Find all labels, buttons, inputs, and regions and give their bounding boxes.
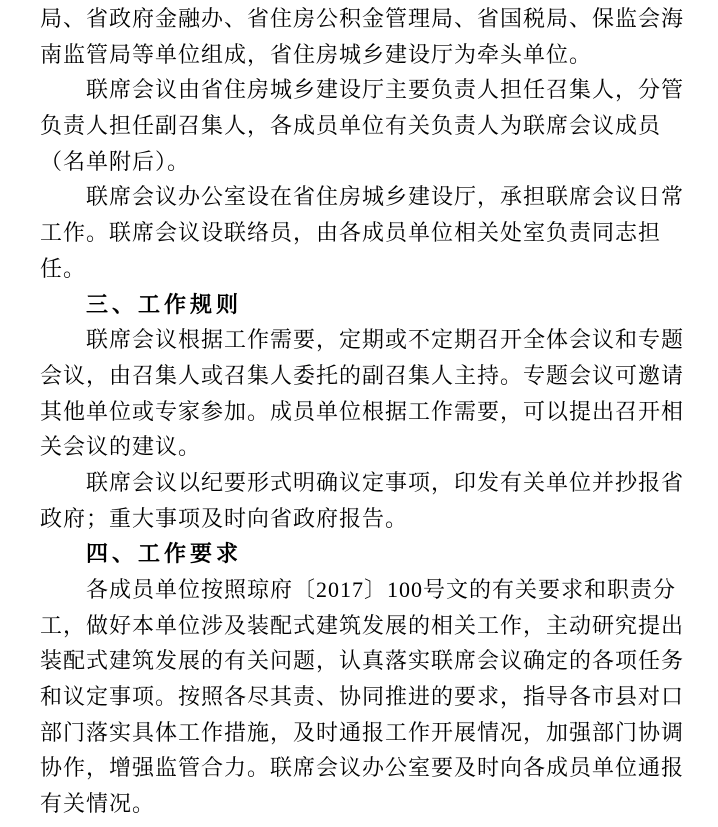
document-page: 局、省政府金融办、省住房公积金管理局、省国税局、保监会海 南监管局等单位组成，省… — [0, 0, 718, 827]
document-line: 工作。联席会议设联络员，由各成员单位相关处室负责同志担 — [40, 215, 688, 251]
document-line: 联席会议办公室设在省住房城乡建设厅，承担联席会议日常 — [40, 179, 688, 215]
document-line: 和议定事项。按照各尽其责、协同推进的要求，指导各市县对口 — [40, 679, 688, 715]
document-line: 其他单位或专家参加。成员单位根据工作需要，可以提出召开相 — [40, 394, 688, 430]
document-line: 会议，由召集人或召集人委托的副召集人主持。专题会议可邀请 — [40, 358, 688, 394]
document-line: 负责人担任副召集人，各成员单位有关负责人为联席会议成员 — [40, 108, 688, 144]
document-line: 关会议的建议。 — [40, 429, 688, 465]
document-line: 联席会议以纪要形式明确议定事项，印发有关单位并抄报省 — [40, 465, 688, 501]
document-line: 有关情况。 — [40, 786, 688, 822]
document-line: 部门落实具体工作措施，及时通报工作开展情况，加强部门协调 — [40, 715, 688, 751]
document-line: 政府；重大事项及时向省政府报告。 — [40, 501, 688, 537]
document-line: （名单附后）。 — [40, 144, 688, 180]
document-line: 南监管局等单位组成，省住房城乡建设厅为牵头单位。 — [40, 37, 688, 73]
document-line: 任。 — [40, 251, 688, 287]
document-line: 联席会议由省住房城乡建设厅主要负责人担任召集人，分管 — [40, 72, 688, 108]
document-line: 装配式建筑发展的有关问题，认真落实联席会议确定的各项任务 — [40, 643, 688, 679]
section-heading-4: 四、工作要求 — [40, 536, 688, 572]
section-heading-3: 三、工作规则 — [40, 287, 688, 323]
document-line: 各成员单位按照琼府〔2017〕100号文的有关要求和职责分 — [40, 572, 688, 608]
document-line: 局、省政府金融办、省住房公积金管理局、省国税局、保监会海 — [40, 1, 688, 37]
document-line: 协作，增强监管合力。联席会议办公室要及时向各成员单位通报 — [40, 750, 688, 786]
document-line: 联席会议根据工作需要，定期或不定期召开全体会议和专题 — [40, 322, 688, 358]
document-line: 工，做好本单位涉及装配式建筑发展的相关工作，主动研究提出 — [40, 608, 688, 644]
